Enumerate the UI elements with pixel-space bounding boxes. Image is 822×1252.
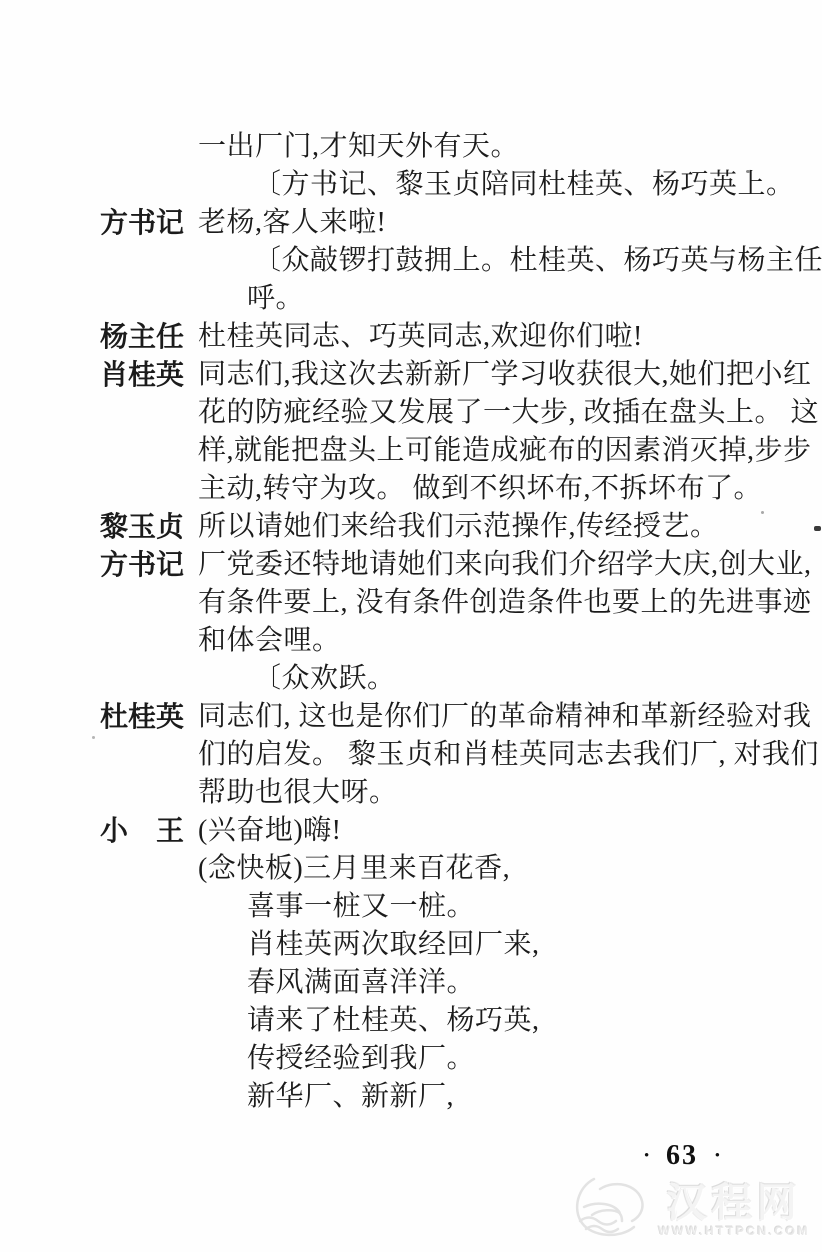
speaker-name: 杨主任 [100, 318, 184, 356]
line-text: 新华厂、新新厂, [247, 1081, 454, 1112]
verse-line: 新华厂、新新厂, [0, 1078, 822, 1116]
watermark: 汉程网 WWW.HTTPCN.COM [570, 1171, 810, 1248]
line-text: 主动,转守为攻。 做到不织坏布,不拆坏布了。 [198, 473, 762, 504]
line-text: (兴奋地)嗨! [198, 815, 341, 846]
line-text: 同志们, 这也是你们厂的革命精神和革新经验对我 [198, 701, 812, 732]
speaker-name: 小 王 [100, 812, 184, 850]
script-line: (念快板)三月里来百花香, [0, 850, 822, 888]
page-number: • 63 • [644, 1141, 720, 1171]
script-line: 和体会哩。 [0, 622, 822, 660]
script-line: 一出厂门,才知天外有天。 [0, 128, 822, 166]
speaker-name: 方书记 [100, 204, 184, 242]
line-text: 花的防疵经验又发展了一大步, 改插在盘头上。 这 [198, 397, 819, 428]
verse-line: 喜事一桩又一桩。 [0, 888, 822, 926]
watermark-site-url: WWW.HTTPCN.COM [658, 1224, 810, 1238]
line-text: 同志们,我这次去新新厂学习收获很大,她们把小红 [198, 359, 812, 390]
line-text: 请来了杜桂英、杨巧英, [247, 1005, 540, 1036]
scan-speck [761, 511, 764, 514]
stage-direction-line: 呼。 [0, 280, 822, 318]
verse-line: 传授经验到我厂。 [0, 1040, 822, 1078]
stage-direction-line: 〔众欢跃。 [0, 660, 822, 698]
script-line: 们的启发。 黎玉贞和肖桂英同志去我们厂, 对我们 [0, 736, 822, 774]
scan-speck [814, 526, 821, 531]
line-text: 春风满面喜洋洋。 [247, 967, 475, 998]
line-text: 〔方书记、黎玉贞陪同杜桂英、杨巧英上。 [253, 169, 795, 200]
line-text: 有条件要上, 没有条件创造条件也要上的先进事迹 [198, 587, 812, 618]
line-text: 们的启发。 黎玉贞和肖桂英同志去我们厂, 对我们 [198, 739, 819, 770]
script-line: 方书记老杨,客人来啦! [0, 204, 822, 242]
verse-line: 请来了杜桂英、杨巧英, [0, 1002, 822, 1040]
speaker-name: 杜桂英 [100, 698, 184, 736]
page-number-value: 63 [666, 1140, 698, 1172]
line-text: 老杨,客人来啦! [198, 207, 386, 238]
script-text-block: 一出厂门,才知天外有天。 〔方书记、黎玉贞陪同杜桂英、杨巧英上。 方书记老杨,客… [0, 128, 822, 1116]
page-number-dot-left: • [644, 1141, 649, 1171]
watermark-site-name: 汉程网 [667, 1182, 802, 1224]
stage-direction-line: 〔众敲锣打鼓拥上。杜桂英、杨巧英与杨主任招 [0, 242, 822, 280]
line-text: 肖桂英两次取经回厂来, [247, 929, 540, 960]
scan-speck [746, 170, 750, 173]
script-line: 花的防疵经验又发展了一大步, 改插在盘头上。 这 [0, 394, 822, 432]
script-line: 帮助也很大呀。 [0, 774, 822, 812]
line-text: 所以请她们来给我们示范操作,传经授艺。 [198, 511, 719, 542]
speaker-name: 黎玉贞 [100, 508, 184, 546]
line-text: 〔众欢跃。 [253, 663, 396, 694]
speaker-name: 方书记 [100, 546, 184, 584]
line-text: 样,就能把盘头上可能造成疵布的因素消灭掉,步步 [198, 435, 812, 466]
line-text: 喜事一桩又一桩。 [247, 891, 475, 922]
script-line: 有条件要上, 没有条件创造条件也要上的先进事迹 [0, 584, 822, 622]
watermark-text: 汉程网 WWW.HTTPCN.COM [658, 1182, 810, 1238]
line-text: 和体会哩。 [198, 625, 341, 656]
script-line: 样,就能把盘头上可能造成疵布的因素消灭掉,步步 [0, 432, 822, 470]
script-line: 杜桂英同志们, 这也是你们厂的革命精神和革新经验对我 [0, 698, 822, 736]
speaker-name: 肖桂英 [100, 356, 184, 394]
scanned-script-page: 一出厂门,才知天外有天。 〔方书记、黎玉贞陪同杜桂英、杨巧英上。 方书记老杨,客… [0, 0, 822, 1252]
verse-line: 春风满面喜洋洋。 [0, 964, 822, 1002]
line-text: 传授经验到我厂。 [247, 1043, 475, 1074]
verse-line: 肖桂英两次取经回厂来, [0, 926, 822, 964]
line-text: 杜桂英同志、巧英同志,欢迎你们啦! [198, 321, 643, 352]
line-text: 〔众敲锣打鼓拥上。杜桂英、杨巧英与杨主任招 [253, 245, 822, 276]
script-line: 杨主任杜桂英同志、巧英同志,欢迎你们啦! [0, 318, 822, 356]
line-text: 厂党委还特地请她们来向我们介绍学大庆,创大业, [198, 549, 812, 580]
line-text: 一出厂门,才知天外有天。 [198, 131, 519, 162]
script-line: 主动,转守为攻。 做到不织坏布,不拆坏布了。 [0, 470, 822, 508]
page-number-dot-right: • [715, 1141, 720, 1171]
line-text: 帮助也很大呀。 [198, 777, 398, 808]
httpcn-swirl-logo-icon [570, 1171, 650, 1248]
stage-direction-line: 〔方书记、黎玉贞陪同杜桂英、杨巧英上。 [0, 166, 822, 204]
scan-speck [92, 736, 95, 739]
script-line: 小 王(兴奋地)嗨! [0, 812, 822, 850]
line-text: (念快板)三月里来百花香, [198, 853, 510, 884]
script-line: 肖桂英同志们,我这次去新新厂学习收获很大,她们把小红 [0, 356, 822, 394]
script-line: 方书记厂党委还特地请她们来向我们介绍学大庆,创大业, [0, 546, 822, 584]
line-text: 呼。 [247, 283, 304, 314]
script-line: 黎玉贞所以请她们来给我们示范操作,传经授艺。 [0, 508, 822, 546]
